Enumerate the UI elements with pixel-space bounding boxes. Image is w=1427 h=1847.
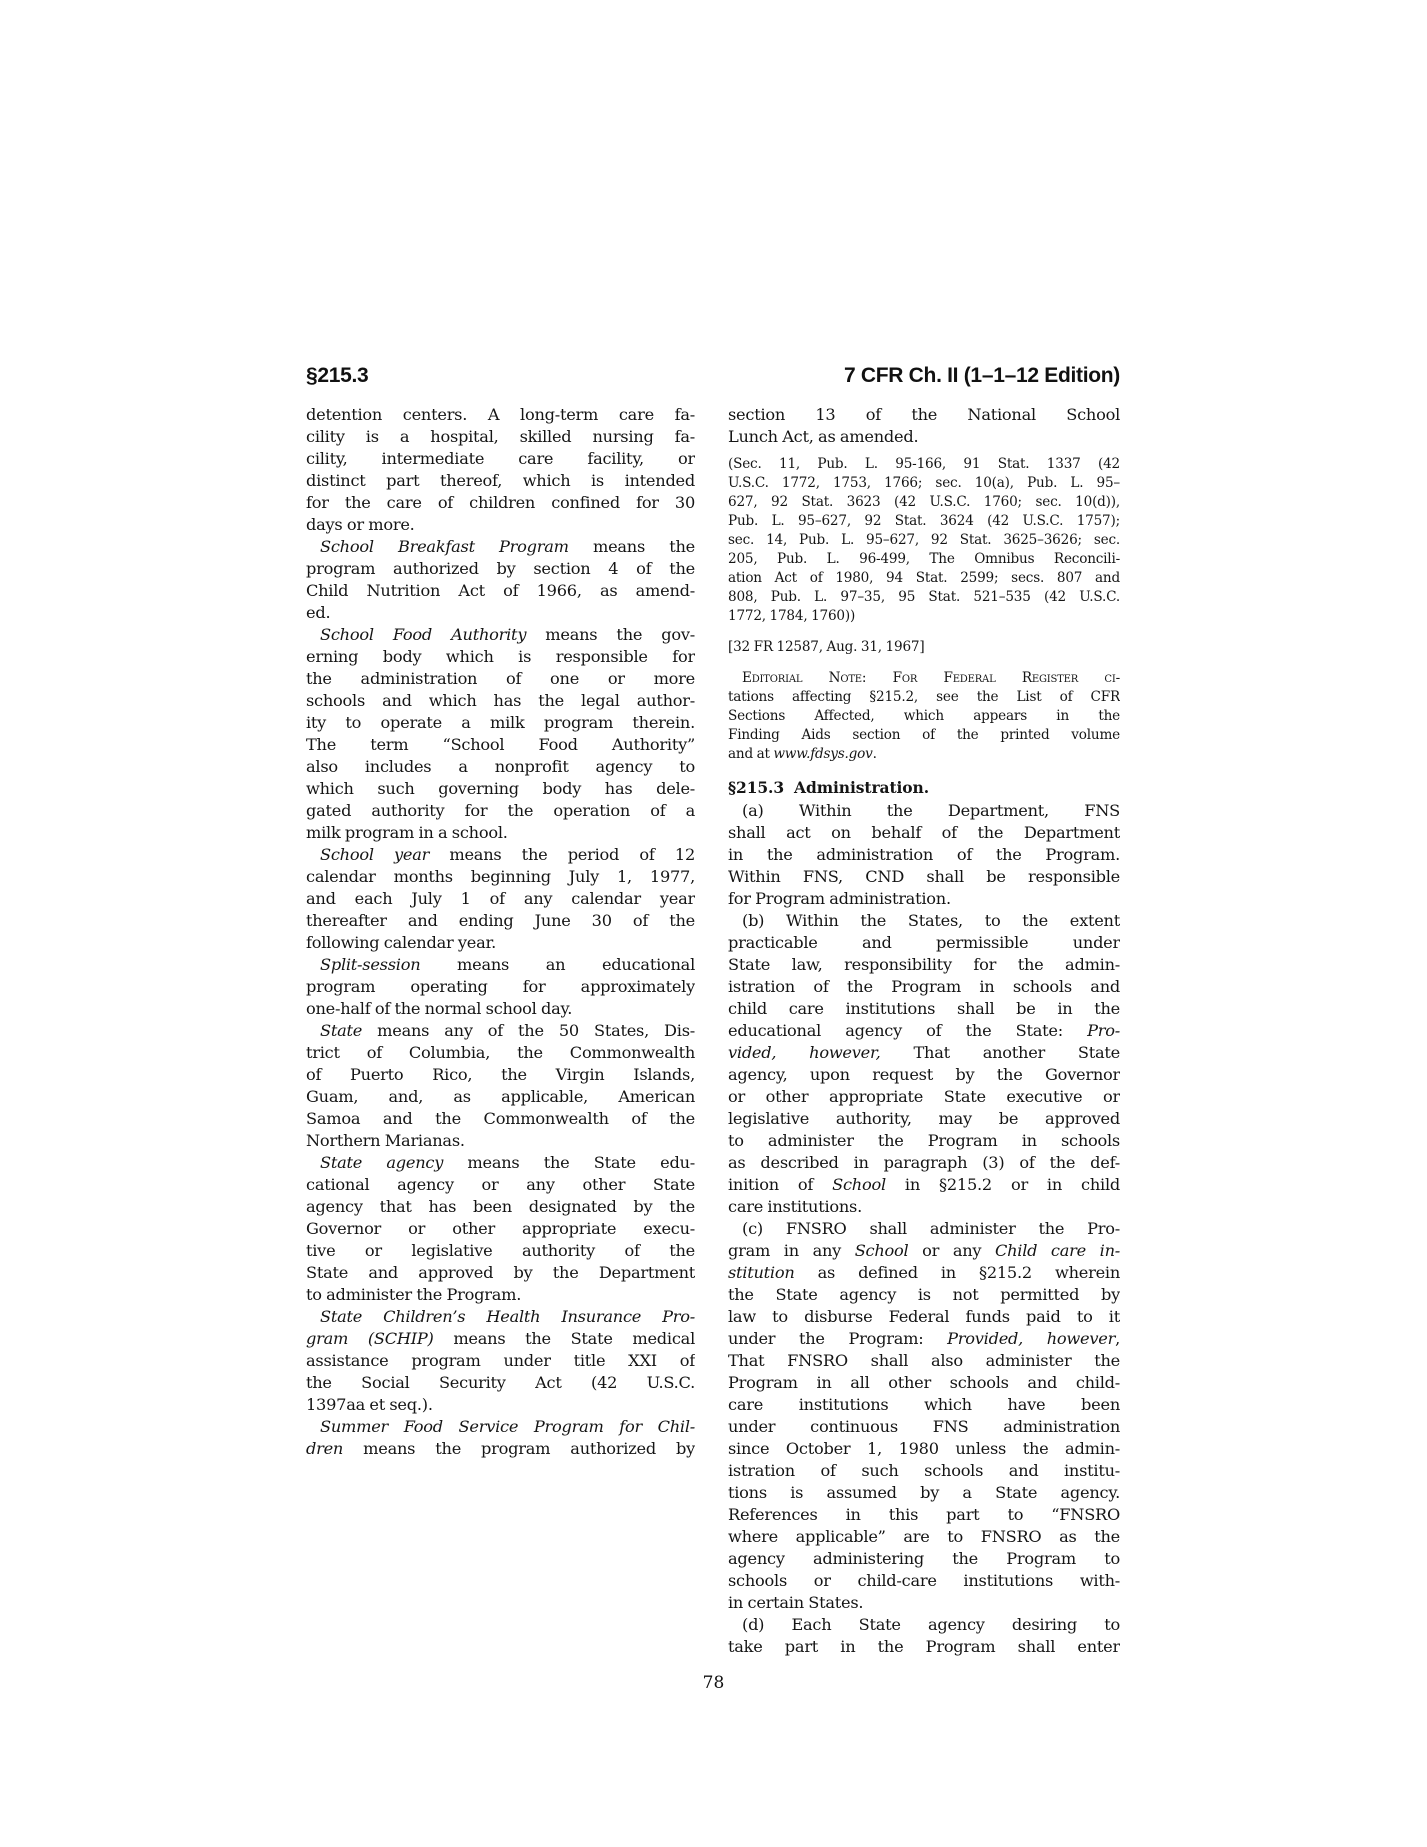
- text-line: the State agency is not permitted by: [728, 1284, 1120, 1306]
- text-line: That FNSRO shall also administer the: [728, 1350, 1120, 1372]
- citation-line: 1772, 1784, 1760)): [728, 607, 1120, 626]
- text-line: tive or legislative authority of the: [306, 1240, 695, 1262]
- text-line: practicable and permissible under: [728, 932, 1120, 954]
- text-line: ity to operate a milk program therein.: [306, 712, 695, 734]
- definition-line: Summer Food Service Program for Chil-: [306, 1416, 695, 1438]
- text-line: Lunch Act, as amended.: [728, 426, 1120, 448]
- definition-line: School year means the period of 12: [306, 844, 695, 866]
- text-line: agency administering the Program to: [728, 1548, 1120, 1570]
- editorial-note: Editorial Note: For Federal Register ci-…: [728, 669, 1120, 764]
- definition-line: School Food Authority means the gov-: [306, 624, 695, 646]
- page-number: 78: [0, 1672, 1427, 1694]
- defined-term: School year: [320, 845, 429, 864]
- spacer: [728, 626, 1120, 638]
- text-line: (b) Within the States, to the extent: [728, 910, 1120, 932]
- text-line: vided, however, That another State: [728, 1042, 1120, 1064]
- text-line: take part in the Program shall enter: [728, 1636, 1120, 1658]
- citation-line: 808, Pub. L. 97–35, 95 Stat. 521–535 (42…: [728, 588, 1120, 607]
- citation-line: Pub. L. 95–627, 92 Stat. 3624 (42 U.S.C.…: [728, 512, 1120, 531]
- text-line: and each July 1 of any calendar year: [306, 888, 695, 910]
- authority-citation: (Sec. 11, Pub. L. 95-166, 91 Stat. 1337 …: [728, 455, 1120, 626]
- text-line: also includes a nonprofit agency to: [306, 756, 695, 778]
- defined-term: State: [320, 1021, 362, 1040]
- text-line: The term “School Food Authority”: [306, 734, 695, 756]
- text-line: since October 1, 1980 unless the admin-: [728, 1438, 1120, 1460]
- text-line: legislative authority, may be approved: [728, 1108, 1120, 1130]
- text-line: care institutions.: [728, 1196, 1120, 1218]
- text-line: shall act on behalf of the Department: [728, 822, 1120, 844]
- text-line: cational agency or any other State: [306, 1174, 695, 1196]
- text-line: cility is a hospital, skilled nursing fa…: [306, 426, 695, 448]
- fdsys-link[interactable]: www.fdsys.gov: [773, 746, 872, 762]
- defined-term: State agency: [320, 1153, 443, 1172]
- source-note: [32 FR 12587, Aug. 31, 1967]: [728, 638, 1120, 657]
- text-line: ed.: [306, 602, 695, 624]
- text-line: gated authority for the operation of a: [306, 800, 695, 822]
- text-line: as described in paragraph (3) of the def…: [728, 1152, 1120, 1174]
- defined-term: Summer Food Service Program for Chil-: [320, 1417, 695, 1436]
- section-title: Administration.: [794, 778, 929, 797]
- text-line: or other appropriate State executive or: [728, 1086, 1120, 1108]
- text-line: 1397aa et seq.).: [306, 1394, 695, 1416]
- citation-line: 627, 92 Stat. 3623 (42 U.S.C. 1760; sec.…: [728, 493, 1120, 512]
- text-line: where applicable” are to FNSRO as the: [728, 1526, 1120, 1548]
- text-line: erning body which is responsible for: [306, 646, 695, 668]
- definition-line: State agency means the State edu-: [306, 1152, 695, 1174]
- text-line: following calendar year.: [306, 932, 695, 954]
- text-line: assistance program under title XXI of: [306, 1350, 695, 1372]
- text-line: one-half of the normal school day.: [306, 998, 695, 1020]
- right-column: section 13 of the National School Lunch …: [728, 404, 1120, 1658]
- text-line: istration of such schools and institu-: [728, 1460, 1120, 1482]
- text-line: Governor or other appropriate execu-: [306, 1218, 695, 1240]
- text-line: gram in any School or any Child care in-: [728, 1240, 1120, 1262]
- text-line: Samoa and the Commonwealth of the: [306, 1108, 695, 1130]
- document-page: §215.3 7 CFR Ch. II (1–1–12 Edition) det…: [0, 0, 1427, 1847]
- text-line: State and approved by the Department: [306, 1262, 695, 1284]
- text-line: the Social Security Act (42 U.S.C.: [306, 1372, 695, 1394]
- editorial-note-line: tations affecting §215.2, see the List o…: [728, 688, 1120, 707]
- text-line: child care institutions shall be in the: [728, 998, 1120, 1020]
- citation-line: (Sec. 11, Pub. L. 95-166, 91 Stat. 1337 …: [728, 455, 1120, 474]
- text-line: Program in all other schools and child-: [728, 1372, 1120, 1394]
- spacer: [728, 764, 1120, 776]
- definition-line: State means any of the 50 States, Dis-: [306, 1020, 695, 1042]
- defined-term: Split-session: [320, 955, 420, 974]
- spacer: [728, 448, 1120, 455]
- text-line: (c) FNSRO shall administer the Pro-: [728, 1218, 1120, 1240]
- citation-line: ation Act of 1980, 94 Stat. 2599; secs. …: [728, 569, 1120, 588]
- citation-line: U.S.C. 1772, 1753, 1766; sec. 10(a), Pub…: [728, 474, 1120, 493]
- text-line: days or more.: [306, 514, 695, 536]
- defined-term: School Breakfast Program: [320, 537, 569, 556]
- text-line: Within FNS, CND shall be responsible: [728, 866, 1120, 888]
- spacer: [728, 657, 1120, 669]
- text-line: detention centers. A long-term care fa-: [306, 404, 695, 426]
- text-line: under the Program: Provided, however,: [728, 1328, 1120, 1350]
- text-line: for Program administration.: [728, 888, 1120, 910]
- editorial-note-line: Sections Affected, which appears in the: [728, 707, 1120, 726]
- text-line: distinct part thereof, which is intended: [306, 470, 695, 492]
- definition-line: dren means the program authorized by: [306, 1438, 695, 1460]
- text-line: milk program in a school.: [306, 822, 695, 844]
- text-line: law to disburse Federal funds paid to it: [728, 1306, 1120, 1328]
- text-line: care institutions which have been: [728, 1394, 1120, 1416]
- text-line: under continuous FNS administration: [728, 1416, 1120, 1438]
- defined-term: School Food Authority: [320, 625, 526, 644]
- text-line: (a) Within the Department, FNS: [728, 800, 1120, 822]
- text-line: in the administration of the Program.: [728, 844, 1120, 866]
- definition-line: School Breakfast Program means the: [306, 536, 695, 558]
- citation-line: 205, Pub. L. 96-499, The Omnibus Reconci…: [728, 550, 1120, 569]
- text-line: Guam, and, as applicable, American: [306, 1086, 695, 1108]
- running-header-title: 7 CFR Ch. II (1–1–12 Edition): [844, 364, 1120, 388]
- editorial-note-line: Finding Aids section of the printed volu…: [728, 726, 1120, 745]
- text-line: (d) Each State agency desiring to: [728, 1614, 1120, 1636]
- text-line: schools or child-care institutions with-: [728, 1570, 1120, 1592]
- left-column: detention centers. A long-term care fa- …: [306, 404, 695, 1460]
- text-line: section 13 of the National School: [728, 404, 1120, 426]
- section-heading: §215.3Administration.: [728, 776, 1120, 800]
- editorial-note-line: and at www.fdsys.gov.: [728, 745, 1120, 764]
- text-line: in certain States.: [728, 1592, 1120, 1614]
- text-line: trict of Columbia, the Commonwealth: [306, 1042, 695, 1064]
- text-line: Northern Marianas.: [306, 1130, 695, 1152]
- editorial-note-line: Editorial Note: For Federal Register ci-: [728, 669, 1120, 688]
- definition-line: State Children’s Health Insurance Pro-: [306, 1306, 695, 1328]
- defined-term: State Children’s Health Insurance Pro-: [320, 1307, 695, 1326]
- text-line: calendar months beginning July 1, 1977,: [306, 866, 695, 888]
- text-line: to administer the Program in schools: [728, 1130, 1120, 1152]
- text-line: the administration of one or more: [306, 668, 695, 690]
- text-line: program operating for approximately: [306, 976, 695, 998]
- text-line: program authorized by section 4 of the: [306, 558, 695, 580]
- text-line: stitution as defined in §215.2 wherein: [728, 1262, 1120, 1284]
- text-line: agency, upon request by the Governor: [728, 1064, 1120, 1086]
- citation-line: sec. 14, Pub. L. 95–627, 92 Stat. 3625–3…: [728, 531, 1120, 550]
- text-line: State law, responsibility for the admin-: [728, 954, 1120, 976]
- text-line: References in this part to “FNSRO: [728, 1504, 1120, 1526]
- text-line: which such governing body has dele-: [306, 778, 695, 800]
- text-line: agency that has been designated by the: [306, 1196, 695, 1218]
- text-line: schools and which has the legal author-: [306, 690, 695, 712]
- text-line: cility, intermediate care facility, or: [306, 448, 695, 470]
- text-line: Child Nutrition Act of 1966, as amend-: [306, 580, 695, 602]
- text-line: inition of School in §215.2 or in child: [728, 1174, 1120, 1196]
- definition-line: Split-session means an educational: [306, 954, 695, 976]
- editorial-note-label: Editorial Note:: [742, 670, 866, 686]
- text-line: for the care of children confined for 30: [306, 492, 695, 514]
- defined-term: dren: [306, 1439, 343, 1458]
- text-line: educational agency of the State: Pro-: [728, 1020, 1120, 1042]
- definition-line: gram (SCHIP) means the State medical: [306, 1328, 695, 1350]
- section-number: §215.3: [728, 778, 784, 797]
- text-line: istration of the Program in schools and: [728, 976, 1120, 998]
- running-header-section: §215.3: [306, 364, 368, 388]
- text-line: tions is assumed by a State agency.: [728, 1482, 1120, 1504]
- defined-term: gram (SCHIP): [306, 1329, 434, 1348]
- text-line: of Puerto Rico, the Virgin Islands,: [306, 1064, 695, 1086]
- text-line: to administer the Program.: [306, 1284, 695, 1306]
- text-line: thereafter and ending June 30 of the: [306, 910, 695, 932]
